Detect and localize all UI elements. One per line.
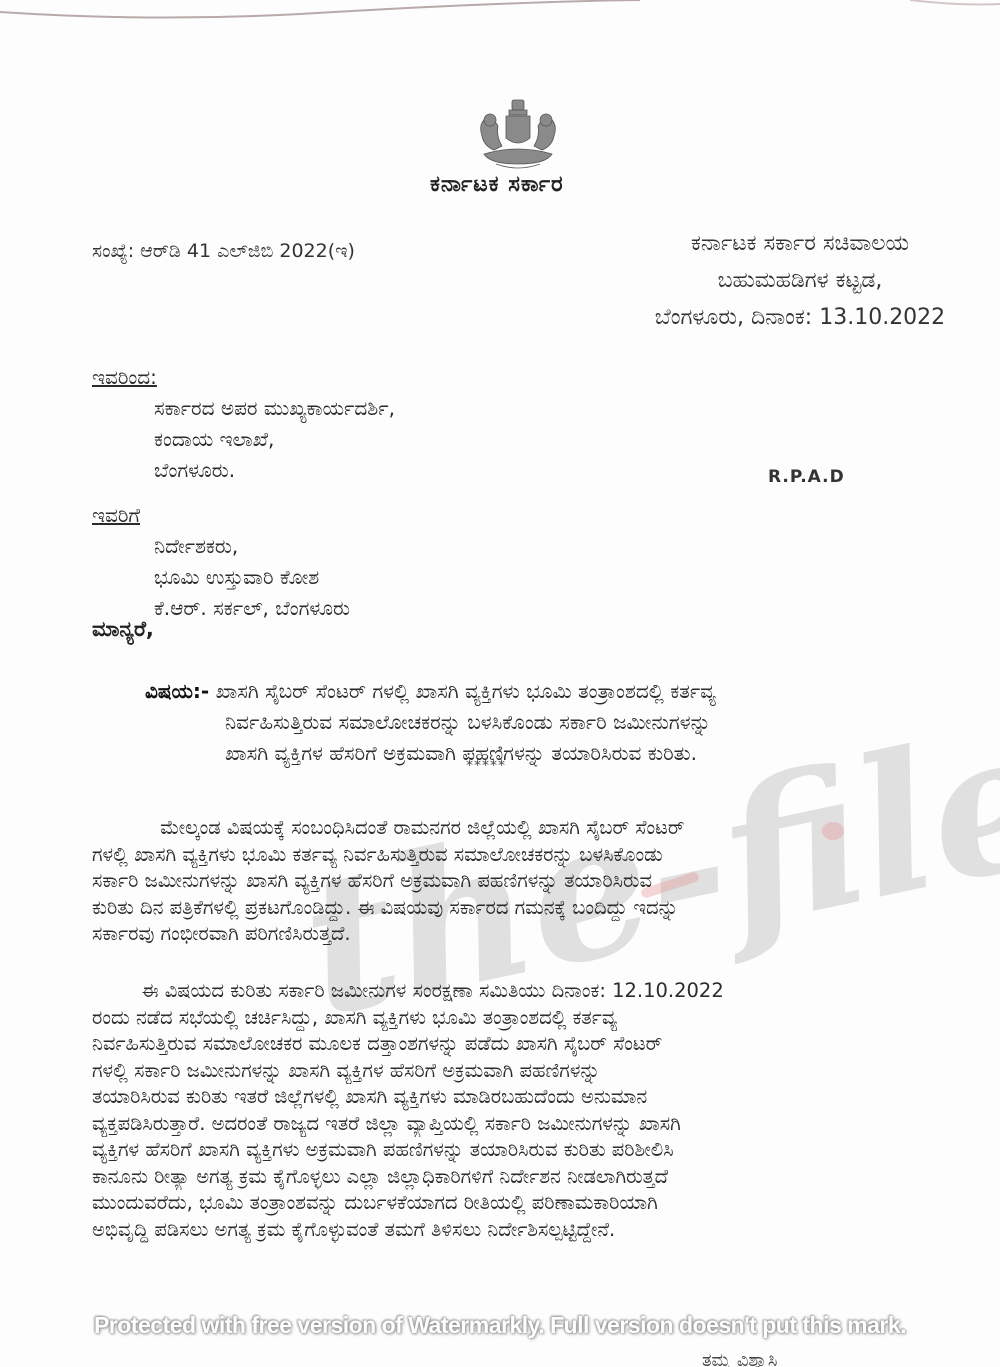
paragraph-line: ವ್ಯಕ್ತಪಡಿಸಿರುತ್ತಾರೆ. ಅದರಂತೆ ರಾಜ್ಯದ ಇತರೆ … xyxy=(92,1111,1000,1138)
section-separator: ***** xyxy=(466,758,506,774)
from-block: ಇವರಿಂದ: ಸರ್ಕಾರದ ಅಪರ ಮುಖ್ಯಕಾರ್ಯದರ್ಶಿ, ಕಂದ… xyxy=(92,362,395,486)
from-line: ಸರ್ಕಾರದ ಅಪರ ಮುಖ್ಯಕಾರ್ಯದರ್ಶಿ, xyxy=(92,393,395,424)
reference-number: ಸಂಖ್ಯೆ: ಆರ್‌ಡಿ 41 ಎಲ್‌ಜಿಬಿ 2022(ಇ) xyxy=(92,240,355,262)
dispatch-mode: R.P.A.D xyxy=(768,467,845,487)
paragraph-line: ಕಾನೂನು ರೀತ್ಯಾ ಅಗತ್ಯ ಕ್ರಮ ಕೈಗೊಳ್ಳಲು ಎಲ್ಲಾ… xyxy=(92,1164,1000,1191)
subject-label: ವಿಷಯ:- xyxy=(145,679,209,703)
from-line: ಬೆಂಗಳೂರು. xyxy=(92,455,395,486)
to-line: ನಿರ್ದೇಶಕರು, xyxy=(92,531,350,562)
subject-line: ನಿರ್ವಹಿಸುತ್ತಿರುವ ಸಮಾಲೋಚಕರನ್ನು ಬಳಸಿಕೊಂಡು … xyxy=(145,707,1000,738)
paragraph-line: ಕುರಿತು ದಿನ ಪತ್ರಿಕೆಗಳಲ್ಲಿ ಪ್ರಕಟಗೊಂಡಿದ್ದು.… xyxy=(92,895,1000,922)
paragraph-line: ಮುಂದುವರೆದು, ಭೂಮಿ ತಂತ್ರಾಂಶವನ್ನು ದುರ್ಬಳಕೆಯ… xyxy=(92,1190,1000,1217)
paragraph-line: ವ್ಯಕ್ತಿಗಳ ಹೆಸರಿಗೆ ಖಾಸಗಿ ವ್ಯಕ್ತಿಗಳು ಅಕ್ರಮ… xyxy=(92,1137,1000,1164)
body-paragraph-1: ಮೇಲ್ಕಂಡ ವಿಷಯಕ್ಕೆ ಸಂಬಂಧಿಸಿದಂತೆ ರಾಮನಗರ ಜಿಲ… xyxy=(92,815,1000,948)
paragraph-line: ಸರ್ಕಾರಿ ಜಮೀನುಗಳನ್ನು ಖಾಸಗಿ ವ್ಯಕ್ತಿಗಳ ಹೆಸರ… xyxy=(92,868,1000,895)
karnataka-emblem-icon xyxy=(468,98,568,178)
from-line: ಕಂದಾಯ ಇಲಾಖೆ, xyxy=(92,424,395,455)
office-address-line: ಬಹುಮಹಡಿಗಳ ಕಟ್ಟಡ, xyxy=(600,262,1000,299)
body-paragraph-2: ಈ ವಿಷಯದ ಕುರಿತು ಸರ್ಕಾರಿ ಜಮೀನುಗಳ ಸಂರಕ್ಷಣಾ … xyxy=(92,978,1000,1243)
salutation: ಮಾನ್ಯರೆ, xyxy=(92,617,154,642)
from-label: ಇವರಿಂದ: xyxy=(92,362,395,393)
letter-date: ಬೆಂಗಳೂರು, ದಿನಾಂಕ: 13.10.2022 xyxy=(600,299,1000,336)
paragraph-line: ನಿರ್ವಹಿಸುತ್ತಿರುವ ಸಮಾಲೋಚಕರ ಮೂಲಕ ದತ್ತಾಂಶಗಳ… xyxy=(92,1031,1000,1058)
office-address-line: ಕರ್ನಾಟಕ ಸರ್ಕಾರ ಸಚಿವಾಲಯ xyxy=(600,225,1000,262)
paragraph-line: ರಂದು ನಡೆದ ಸಭೆಯಲ್ಲಿ ಚರ್ಚಿಸಿದ್ದು, ಖಾಸಗಿ ವ್… xyxy=(92,1005,1000,1032)
paragraph-line: ತಯಾರಿಸಿರುವ ಕುರಿತು ಇತರೆ ಜಿಲ್ಲೆಗಳಲ್ಲಿ ಖಾಸಗ… xyxy=(92,1084,1000,1111)
subject-block: ವಿಷಯ:- ಖಾಸಗಿ ಸೈಬರ್ ಸೆಂಟರ್ ಗಳಲ್ಲಿ ಖಾಸಗಿ ವ… xyxy=(145,676,1000,769)
paragraph-line: ಸರ್ಕಾರವು ಗಂಭೀರವಾಗಿ ಪರಿಗಣಿಸಿರುತ್ತದೆ. xyxy=(92,921,1000,948)
to-label: ಇವರಿಗೆ xyxy=(92,500,350,531)
closing-signature: ತಮ್ಮ ವಿಶ್ವಾಸಿ xyxy=(702,1350,777,1367)
to-line: ಭೂಮಿ ಉಸ್ತುವಾರಿ ಕೋಶ xyxy=(92,562,350,593)
paragraph-line: ಅಭಿವೃದ್ಧಿ ಪಡಿಸಲು ಅಗತ್ಯ ಕ್ರಮ ಕೈಗೊಳ್ಳುವಂತೆ… xyxy=(92,1217,1000,1244)
government-title: ಕರ್ನಾಟಕ ಸರ್ಕಾರ xyxy=(430,172,564,197)
document-page: ಕರ್ನಾಟಕ ಸರ್ಕಾರ ಸಂಖ್ಯೆ: ಆರ್‌ಡಿ 41 ಎಲ್‌ಜಿಬ… xyxy=(0,0,1000,1367)
paragraph-line: ಗಳಲ್ಲಿ ಖಾಸಗಿ ವ್ಯಕ್ತಿಗಳು ಭೂಮಿ ಕರ್ತವ್ಯ ನಿರ… xyxy=(92,842,1000,869)
paragraph-line: ಗಳಲ್ಲಿ ಸರ್ಕಾರಿ ಜಮೀನುಗಳನ್ನು ಖಾಸಗಿ ವ್ಯಕ್ತಿ… xyxy=(92,1058,1000,1085)
subject-line: ಖಾಸಗಿ ಸೈಬರ್ ಸೆಂಟರ್ ಗಳಲ್ಲಿ ಖಾಸಗಿ ವ್ಯಕ್ತಿಗ… xyxy=(216,679,716,703)
to-block: ಇವರಿಗೆ ನಿರ್ದೇಶಕರು, ಭೂಮಿ ಉಸ್ತುವಾರಿ ಕೋಶ ಕೆ… xyxy=(92,500,350,624)
paragraph-line: ಮೇಲ್ಕಂಡ ವಿಷಯಕ್ಕೆ ಸಂಬಂಧಿಸಿದಂತೆ ರಾಮನಗರ ಜಿಲ… xyxy=(92,815,1000,842)
footer-watermark: Protected with free version of Watermark… xyxy=(0,1312,1000,1339)
subject-line: ಖಾಸಗಿ ವ್ಯಕ್ತಿಗಳ ಹೆಸರಿಗೆ ಅಕ್ರಮವಾಗಿ ಪಹಣಿಗಳ… xyxy=(145,738,1000,769)
page-edge-curve xyxy=(0,0,1000,40)
paragraph-line: ಈ ವಿಷಯದ ಕುರಿತು ಸರ್ಕಾರಿ ಜಮೀನುಗಳ ಸಂರಕ್ಷಣಾ … xyxy=(92,978,1000,1005)
office-address: ಕರ್ನಾಟಕ ಸರ್ಕಾರ ಸಚಿವಾಲಯ ಬಹುಮಹಡಿಗಳ ಕಟ್ಟಡ, … xyxy=(600,225,1000,336)
